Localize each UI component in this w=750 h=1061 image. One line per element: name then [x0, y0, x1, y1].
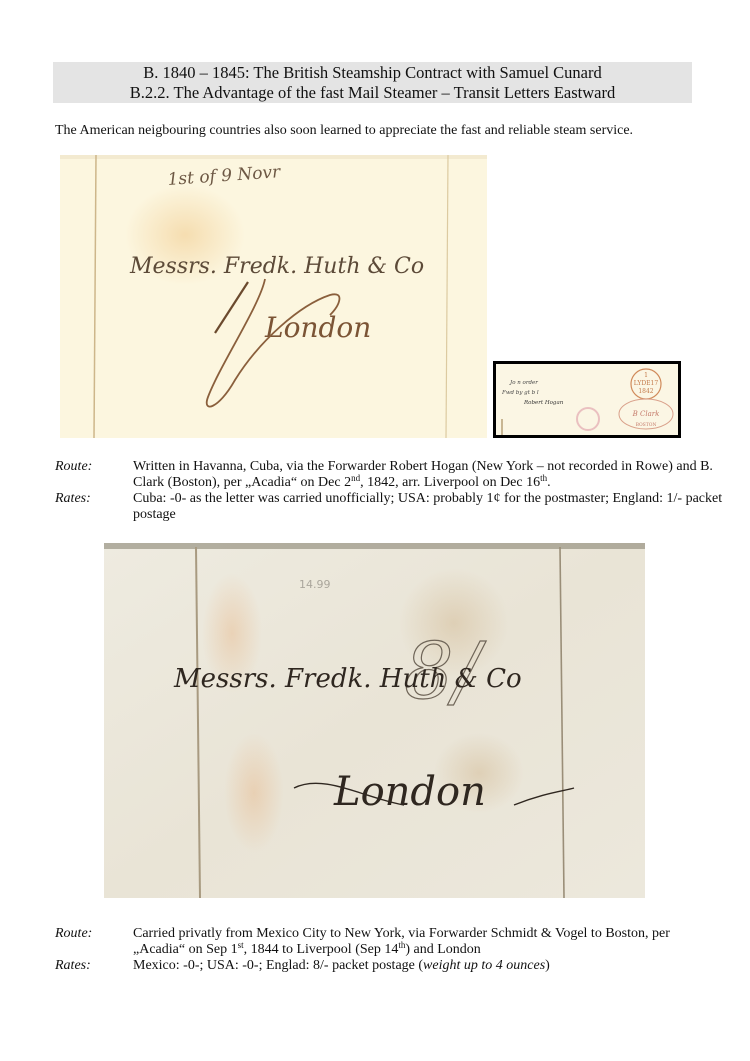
route-text: Carried privatly from Mexico City to New… — [133, 926, 673, 958]
rates-label: Rates: — [55, 491, 133, 523]
rates-text: Cuba: -0- as the letter was carried unof… — [133, 491, 725, 523]
addressee-handwriting: Messrs. Fredk. Huth & Co — [173, 664, 522, 694]
pencil-note: 14.99 — [299, 578, 331, 591]
header-subtitle: B.2.2. The Advantage of the fast Mail St… — [53, 83, 692, 103]
svg-text:1842: 1842 — [638, 388, 653, 395]
rates-label: Rates: — [55, 958, 133, 974]
intro-text: The American neigbouring countries also … — [55, 122, 715, 139]
route-label: Route: — [55, 459, 133, 491]
svg-text:BOSTON: BOSTON — [636, 422, 657, 428]
cover2-description: Route: Carried privatly from Mexico City… — [55, 926, 725, 974]
cover-reverse-inset: Jo n order Fwd by gt b l Robert Hogan 1 … — [493, 361, 681, 438]
cover1-description: Route: Written in Havanna, Cuba, via the… — [55, 459, 725, 523]
page-header: B. 1840 – 1845: The British Steamship Co… — [53, 62, 692, 103]
svg-text:B Clark: B Clark — [632, 410, 660, 418]
forwarder-note: Robert Hogan — [523, 400, 564, 406]
header-title: B. 1840 – 1845: The British Steamship Co… — [53, 63, 692, 83]
cover-image-havanna: 1st of 9 Novr Messrs. Fredk. Huth & Co L… — [60, 155, 487, 438]
rates-text: Mexico: -0-; USA: -0-; Englad: 8/- packe… — [133, 958, 725, 974]
route-text: Written in Havanna, Cuba, via the Forwar… — [133, 459, 725, 491]
cover-image-mexico: 14.99 8/ Messrs. Fredk. Huth & Co London — [104, 543, 645, 898]
route-label: Route: — [55, 926, 133, 958]
svg-text:1: 1 — [644, 372, 648, 379]
svg-text:Jo n order: Jo n order — [509, 380, 538, 386]
svg-text:Fwd by gt b l: Fwd by gt b l — [501, 390, 539, 396]
addressee-handwriting: Messrs. Fredk. Huth & Co — [129, 254, 424, 279]
svg-text:LYDE17: LYDE17 — [634, 380, 659, 387]
